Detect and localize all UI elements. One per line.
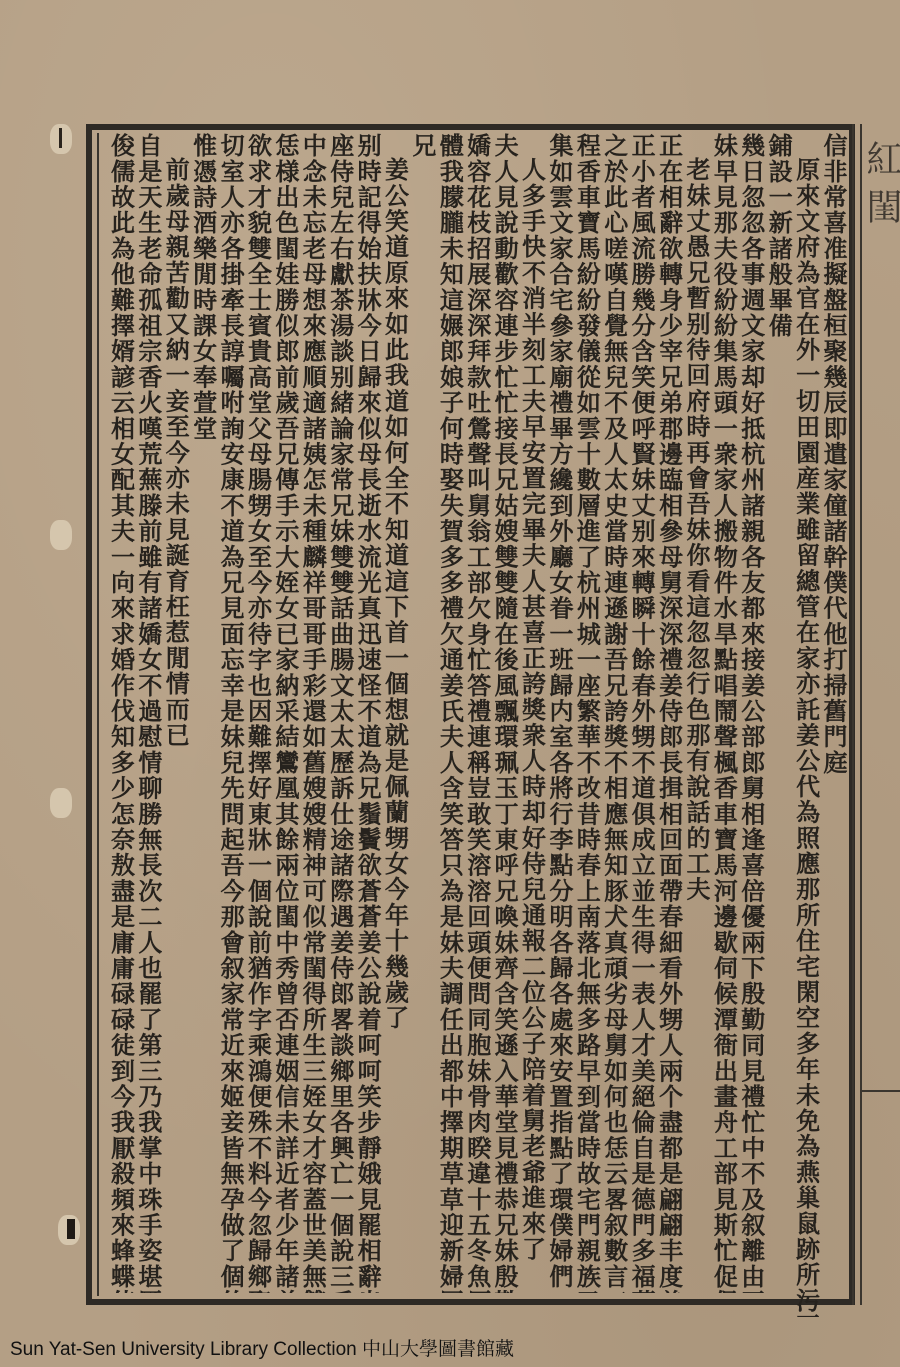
text-column: 恁様出色閨娃勝似郎前歲吾兄傳手示大姪女已家納采結鸞凰其餘兩位閨中秀曾否連姻信未詳… — [272, 133, 299, 1293]
fold-mark — [862, 1090, 900, 1092]
text-column: 妹早見那夫役紛紛集馬頭一衆家人搬物件水旱點唱鬧聲楓香車寶馬河邊歇伺候潭衙出畫舟工… — [711, 133, 738, 1293]
text-column: 集如雲文家合宅參家廟禮畢方纔到外廳女眷一班歸内室各將行李點分明各歸各處來安置指點… — [547, 133, 574, 1293]
binding-hole-lower-mid — [50, 788, 72, 818]
text-column: 姜公笑道原來如此我道如何全不知道這下首一個想就是佩蘭甥女今年十幾歲了 — [382, 133, 409, 1317]
text-column: 原來文府為官在外一切田園産業雖留總管在家亦託姜公代為照應那所住宅閑空多年未免為燕… — [793, 133, 820, 1317]
binding-hole-bottom — [58, 1215, 80, 1245]
binding-hole-upper-mid — [50, 520, 72, 550]
text-column: 之於此心嗟嘆自覺無兒不及人太史當時連遜謝吾兄誇獎不相應無知豚犬真頑劣母舅如何也恁… — [601, 133, 628, 1293]
text-column: 幾日忽忽各事週文家却好抵杭州諸親各友都來接姜公部郎舅相逢喜倍優兩下殷勤同見禮忙中… — [738, 133, 765, 1293]
text-column: 正小者風流勝幾分含笑便呼賢妹丈别來轉瞬十餘春外甥不道俱成立並生得一表人才美絕倫自… — [629, 133, 656, 1293]
text-column: 人多手快不消半刻工夫早安置完畢夫人甚喜正誇獎衆人時却好侍兒通報二位公子陪着舅老爺… — [519, 133, 546, 1317]
text-column: 切室人亦各掛牽長諄囑咐詢安康不道為兄見面忘幸是妹兒先問起吾今那會叙家常近來姬妾皆… — [218, 133, 245, 1293]
text-column: 座侍兒左右獻茶湯談别緒論家常兄妹雙雙話曲腸文太太歷訴仕途諸際遇姜侍郎畧談鄉里各興… — [327, 133, 354, 1293]
text-column: 正在相辭欲轉身少宰兄弟郡邊臨相參母舅深深禮姜侍郎長揖相回面帶春細看外甥人兩个盡都… — [656, 133, 683, 1293]
text-column: 夫人見說動歡容連步忙忙接長兄姑嫂雙雙隨在後風飄環珮玉丁東呼兄喚妹齊含笑遜入華堂見… — [492, 133, 519, 1293]
book-title-fragment: 紅閨 — [862, 140, 900, 236]
text-column: 欲求才貌雙全士賓貴高堂父母腸甥女至今亦待字也因難擇好東牀一個說前猶作字乘鴻便殊不… — [245, 133, 272, 1293]
text-column: 信非常喜准擬盤桓聚幾辰即遣家僮諸幹僕代他打掃舊門庭 — [821, 133, 848, 1293]
binding-hole-top — [50, 124, 72, 154]
vertical-text-body: 信非常喜准擬盤桓聚幾辰即遣家僮諸幹僕代他打掃舊門庭原來文府為官在外一切田園産業雖… — [108, 133, 848, 1293]
text-column: 俊儒故此為他難擇婿諺云相女配其夫一向來求婚作伐知多少怎奈敖盡是庸庸碌碌徒到今我厭… — [108, 133, 135, 1293]
scanned-book-page: 紅閨 信非常喜准擬盤桓聚幾辰即遣家僮諸幹僕代他打掃舊門庭原來文府為官在外一切田園… — [0, 0, 900, 1367]
library-watermark: Sun Yat-Sen University Library Collectio… — [10, 1334, 514, 1361]
margin-divider-line — [852, 124, 854, 1305]
text-column: 老妹丈愚兄暫别待回府時再會吾妹你看這忽忽行色那有說話的工夫 — [684, 133, 711, 1317]
text-column: 鋪設一新諸般畢備 — [766, 133, 793, 1293]
text-column: 嬌容花枝招展深深拜款吐鶯聲叫舅翁工部欠身忙答禮連稱豈敢笑溶溶回頭便問同胞妹骨肉睽… — [464, 133, 491, 1293]
text-column: 程香車寶馬紛紛發儀從如雲十數層進了杭州城一座繁華不改昔時春上南落北無多路早到當時… — [574, 133, 601, 1293]
text-column: 自是天生老命孤祖宗香火嘆荒蕪滕前雖有諸嬌女不過慰情聊勝無長次二人也罷了第三乃我掌… — [135, 133, 162, 1293]
center-fold-margin — [860, 124, 900, 1305]
text-column: 别時記得始扶牀今日歸來似母長逝水流光真迅速怪不道為兄鬚鬢欲蒼蒼姜公說着呵呵笑步靜… — [355, 133, 382, 1293]
text-column: 中念未忘老母想來應順適諸姨怎未種麟祥哥哥手彩還如舊嫂嫂精神可似常閨得所生三姪女才… — [300, 133, 327, 1293]
text-column: 體我朦朧未知這㜊郎娘子何時娶失賀多多禮欠通姜氏夫人含笑答只為是妹夫調任出都中擇期… — [437, 133, 464, 1293]
text-column: 前歲母親苦勸又納一妾至今亦未見誕育枉惹閒情而已 — [163, 133, 190, 1317]
text-column: 兄 — [410, 133, 437, 1293]
text-column: 惟憑詩酒樂閒時課女奉萱堂 — [190, 133, 217, 1293]
